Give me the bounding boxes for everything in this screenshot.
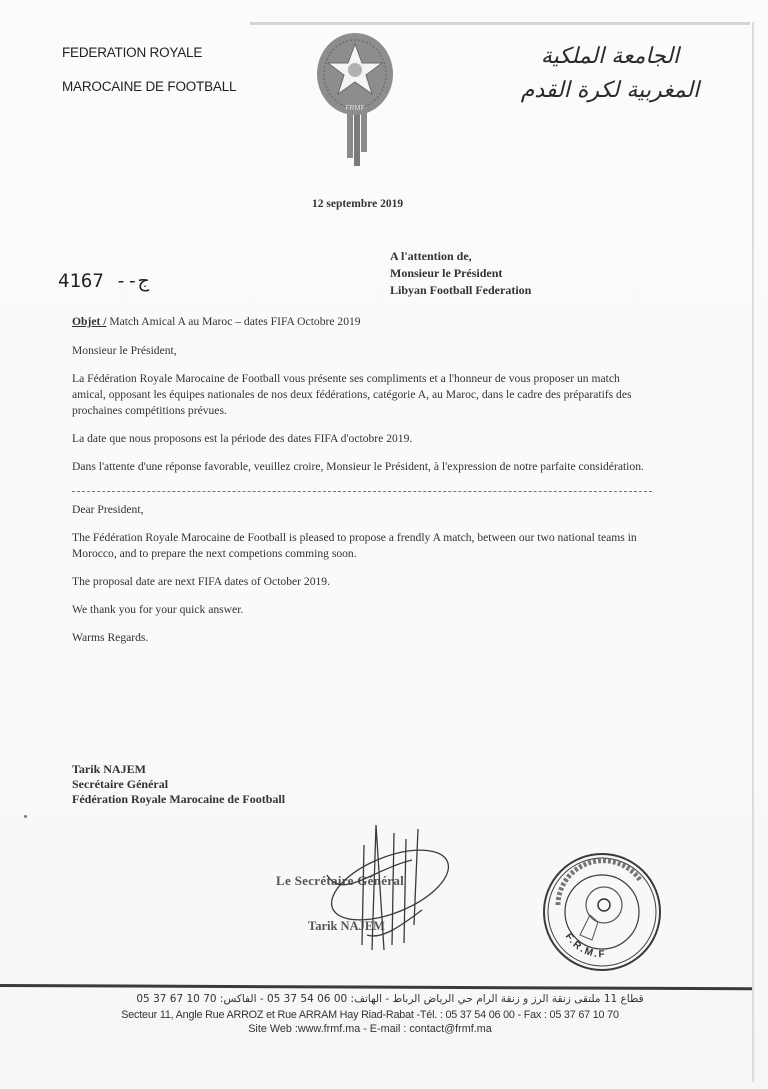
org-name-arabic: الجامعة الملكية المغربية لكرة القدم — [505, 40, 715, 108]
letter-body: Objet / Match Amical A au Maroc – dates … — [72, 314, 652, 658]
english-salutation: Dear President, — [72, 502, 652, 518]
reference-number: 4167 --ج — [58, 270, 150, 292]
addressee-line: Monsieur le Président — [390, 265, 531, 282]
org-name-arabic-line2: المغربية لكرة القدم — [505, 74, 715, 108]
frmf-crest-icon: FRMF — [313, 30, 397, 170]
frmf-seal-icon: F.R.M.F — [540, 850, 664, 974]
signatory-title: Secrétaire Général — [72, 777, 285, 792]
english-paragraph: The Fédération Royale Marocaine de Footb… — [72, 530, 652, 562]
french-salutation: Monsieur le Président, — [72, 343, 652, 359]
language-separator — [72, 491, 652, 492]
english-paragraph: The proposal date are next FIFA dates of… — [72, 574, 652, 590]
french-paragraph: La Fédération Royale Marocaine de Footba… — [72, 371, 652, 419]
org-name-arabic-line1: الجامعة الملكية — [505, 40, 715, 74]
signatory-name: Tarik NAJEM — [72, 762, 285, 777]
svg-text:FRMF: FRMF — [345, 105, 364, 112]
scan-edge — [752, 22, 754, 1082]
org-name-line1: FEDERATION ROYALE — [62, 36, 236, 70]
scan-edge — [250, 22, 750, 25]
subject-label: Objet / — [72, 315, 106, 328]
footer-arabic-address: قطاع 11 ملتقى زنقة الرز و زنقة الرام حي … — [20, 993, 720, 1005]
footer-web-contact: Site Web :www.frmf.ma - E-mail : contact… — [20, 1023, 720, 1035]
english-paragraph: Warms Regards. — [72, 630, 652, 646]
svg-text:F.R.M.F: F.R.M.F — [563, 931, 607, 960]
signatory-organization: Fédération Royale Marocaine de Football — [72, 792, 285, 807]
org-name-line2: MAROCAINE DE FOOTBALL — [62, 70, 236, 104]
french-paragraph: Dans l'attente d'une réponse favorable, … — [72, 459, 652, 475]
subject-line: Objet / Match Amical A au Maroc – dates … — [72, 314, 652, 330]
signatory-block: Tarik NAJEM Secrétaire Général Fédératio… — [72, 762, 285, 807]
footer-french-address: Secteur 11, Angle Rue ARROZ et Rue ARRAM… — [20, 1009, 720, 1021]
addressee-line: Libyan Football Federation — [390, 282, 531, 299]
footer: قطاع 11 ملتقى زنقة الرز و زنقة الرام حي … — [20, 993, 720, 1035]
org-name-french: FEDERATION ROYALE MAROCAINE DE FOOTBALL — [62, 36, 236, 104]
subject-text: Match Amical A au Maroc – dates FIFA Oct… — [106, 315, 360, 328]
french-paragraph: La date que nous proposons est la périod… — [72, 431, 652, 447]
scan-speck — [24, 815, 27, 818]
letter-date: 12 septembre 2019 — [312, 198, 403, 210]
addressee-block: A l'attention de, Monsieur le Président … — [390, 248, 531, 299]
handwritten-signature-icon — [272, 815, 472, 965]
english-paragraph: We thank you for your quick answer. — [72, 602, 652, 618]
letter-page: FEDERATION ROYALE MAROCAINE DE FOOTBALL … — [0, 0, 768, 1089]
signature-stamp: Le Secrétaire Général Tarik NAJEM — [272, 815, 472, 965]
addressee-line: A l'attention de, — [390, 248, 531, 265]
footer-rule — [0, 984, 752, 990]
